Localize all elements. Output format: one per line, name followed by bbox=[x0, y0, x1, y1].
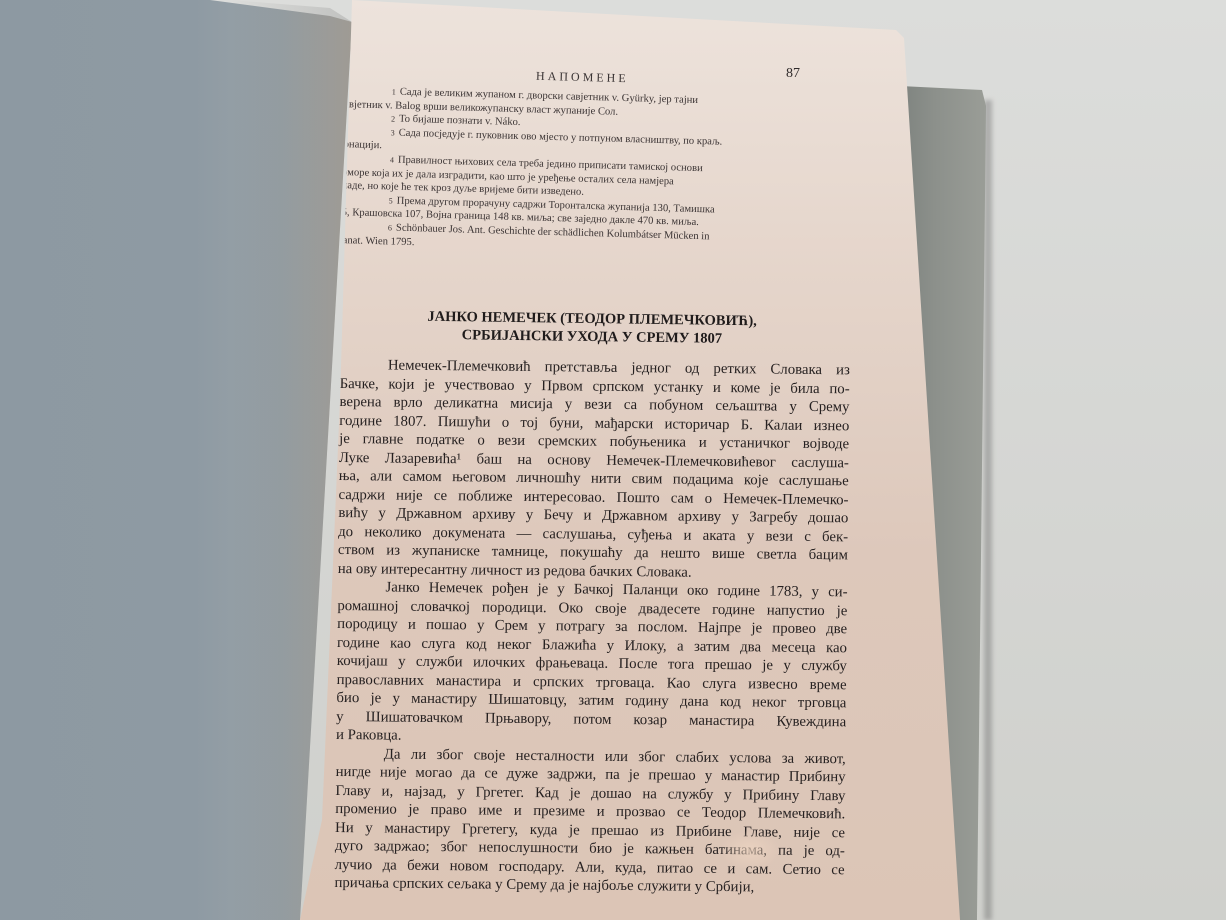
footnote-number: 1 bbox=[392, 87, 396, 96]
page-number: 87 bbox=[786, 66, 800, 82]
photo-scene: НАПОМЕНЕ 87 1Сада је великим жупаном г. … bbox=[0, 0, 1226, 920]
section-header: НАПОМЕНЕ bbox=[536, 69, 629, 87]
footnote-number: 2 bbox=[391, 115, 395, 124]
paper-stain bbox=[720, 830, 780, 870]
article-body: Немечек-Племечковић претставља једног од… bbox=[334, 356, 850, 898]
article-title: ЈАНКО НЕМЕЧЕК (ТЕОДОР ПЛЕМЕЧКОВИЋ), СРБИ… bbox=[392, 307, 792, 349]
footnote-number: 3 bbox=[391, 128, 395, 137]
sheet-shadow bbox=[984, 100, 992, 920]
footnote-text: Banat. Wien 1795. bbox=[335, 234, 414, 247]
book-page: НАПОМЕНЕ 87 1Сада је великим жупаном г. … bbox=[300, 0, 960, 920]
footnote-text: То бијаше познати v. Náko. bbox=[399, 114, 521, 128]
footnotes: 1Сада је великим жупаном г. дворски савј… bbox=[335, 84, 839, 261]
footnote-number: 5 bbox=[389, 196, 393, 205]
footnote-number: 4 bbox=[390, 155, 394, 164]
footnote-number: 6 bbox=[388, 223, 392, 232]
